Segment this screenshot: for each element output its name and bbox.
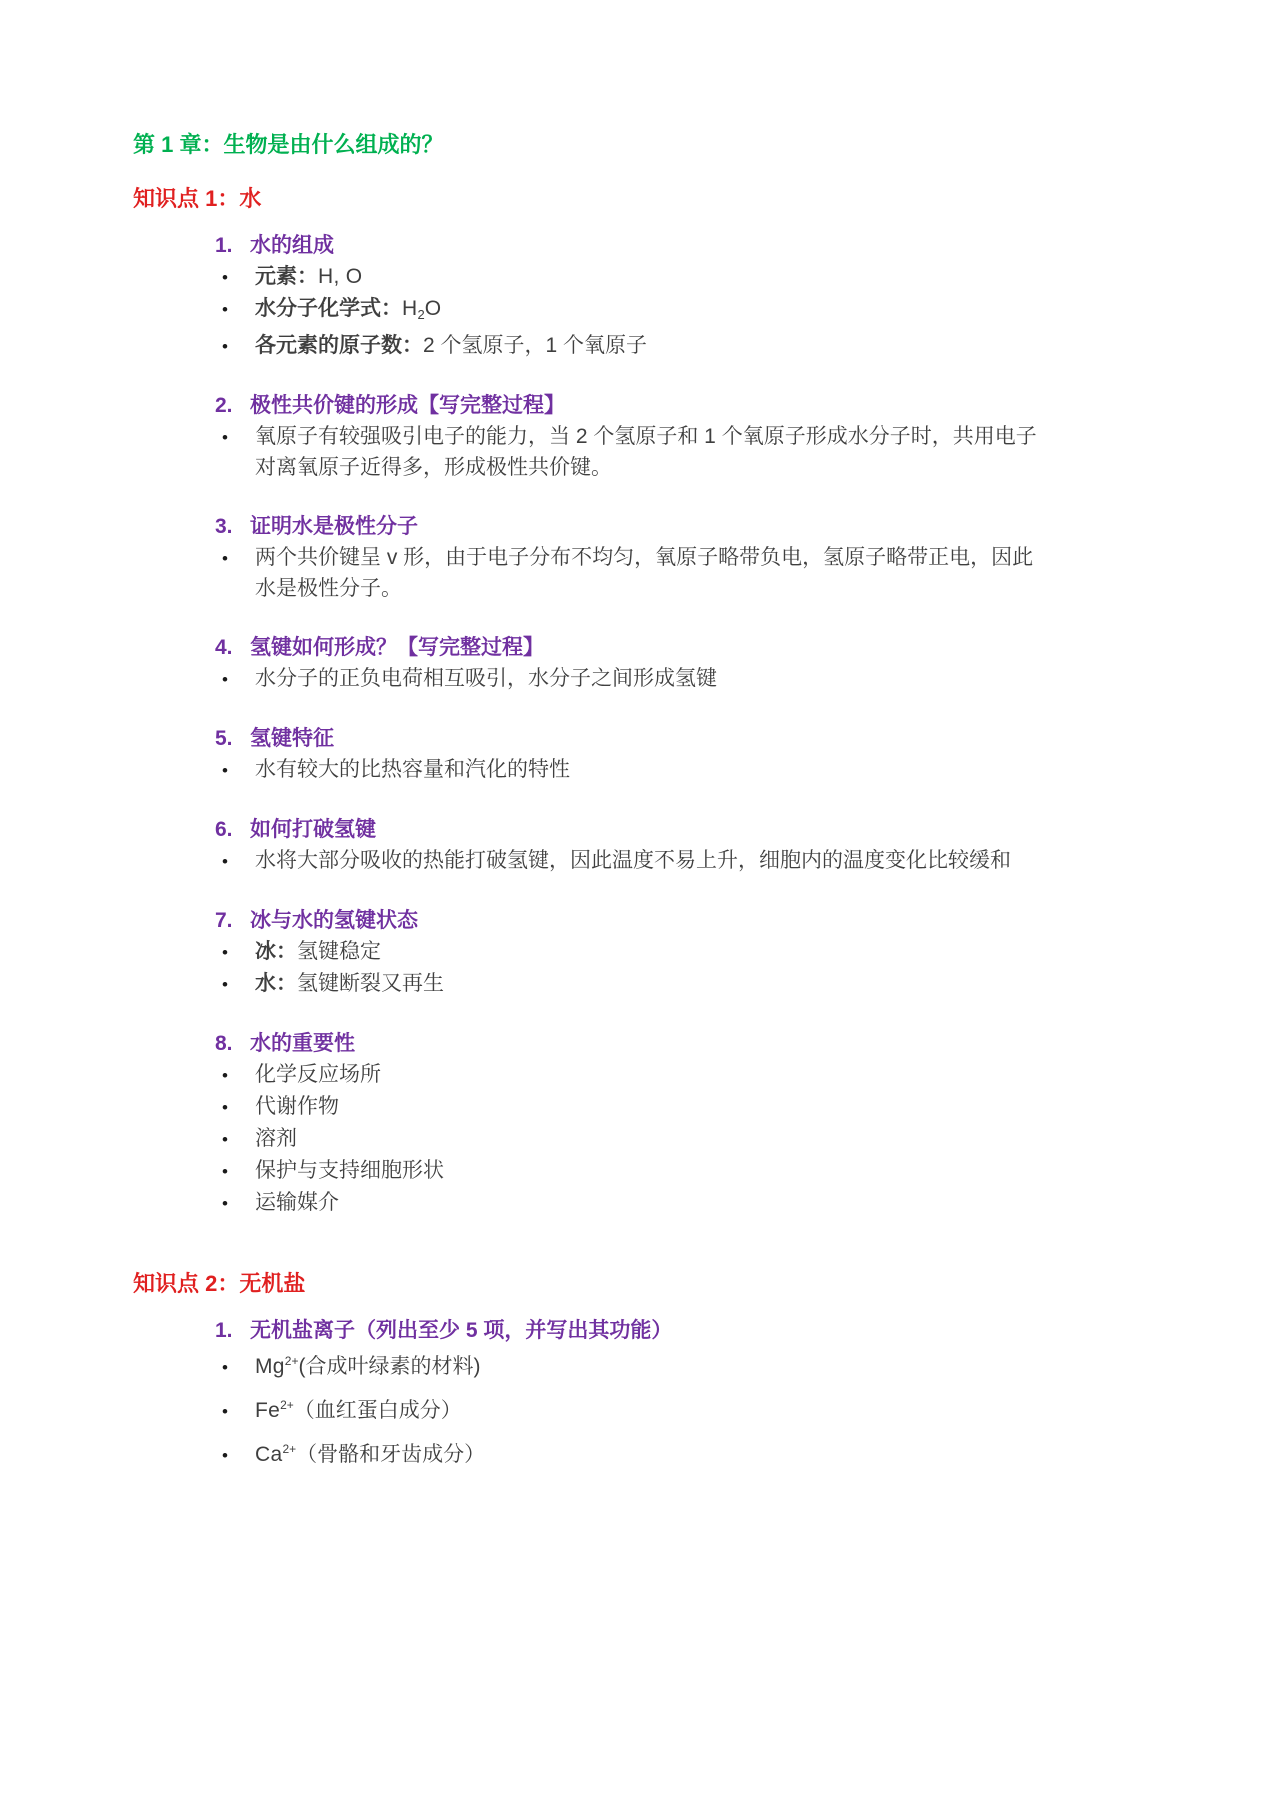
bullet-label: 冰：: [255, 940, 297, 963]
bullet-marker: •: [222, 294, 255, 325]
bullet-reaction-site: • 化学反应场所: [222, 1059, 1143, 1091]
bullet-breaking-bonds-explanation: • 水将大部分吸收的热能打破氢键，因此温度不易上升，细胞内的温度变化比较缓和: [222, 845, 1143, 877]
section-title-breaking-hydrogen-bonds: 6. 如何打破氢键: [215, 814, 1143, 845]
section-number: 1.: [215, 230, 250, 261]
section-title-text: 冰与水的氢键状态: [250, 905, 418, 936]
section-title-text: 如何打破氢键: [250, 814, 376, 845]
section-title-text: 极性共价键的形成【写完整过程】: [250, 390, 565, 421]
bullet-text: 化学反应场所: [255, 1059, 381, 1090]
formula-h: H: [402, 297, 417, 320]
bullet-text: 2 个氢原子，1 个氧原子: [423, 334, 647, 357]
bullet-marker: •: [222, 664, 255, 695]
topic2-heading: 知识点 2：无机盐: [133, 1269, 1143, 1299]
section-number: 6.: [215, 814, 250, 845]
bullet-water-state: • 水：氢键断裂又再生: [222, 968, 1143, 1000]
bullet-magnesium-ion: • Mg2+(合成叶绿素的材料): [222, 1346, 1143, 1383]
bullet-text: 溶剂: [255, 1123, 297, 1154]
section-title-text: 水的重要性: [250, 1028, 355, 1059]
bullet-marker: •: [222, 1060, 255, 1091]
section-title-text: 氢键如何形成？【写完整过程】: [250, 632, 544, 663]
bullet-text: 代谢作物: [255, 1091, 339, 1122]
bullet-marker: •: [222, 331, 255, 362]
bullet-marker: •: [222, 1092, 255, 1123]
bullet-marker: •: [222, 1156, 255, 1187]
bullet-label: 水分子化学式：: [255, 297, 402, 320]
bullet-text: 氧原子有较强吸引电子的能力，当 2 个氢原子和 1 个氧原子形成水分子时，共用电…: [255, 421, 1050, 483]
section-title-text: 水的组成: [250, 230, 334, 261]
bullet-transport-medium: • 运输媒介: [222, 1187, 1143, 1219]
bullet-marker: •: [222, 969, 255, 1000]
bullet-marker: •: [222, 1124, 255, 1155]
section-title-polar-covalent-bond: 2. 极性共价键的形成【写完整过程】: [215, 390, 1143, 421]
section-title-water-composition: 1. 水的组成: [215, 230, 1143, 261]
bullet-elements: • 元素：H, O: [222, 261, 1143, 293]
ion-charge: 2+: [285, 1354, 299, 1368]
bullet-marker: •: [222, 262, 255, 293]
section-number: 7.: [215, 905, 250, 936]
bullet-text: 运输媒介: [255, 1187, 339, 1218]
section-number: 2.: [215, 390, 250, 421]
section-title-ice-water-bond-state: 7. 冰与水的氢键状态: [215, 905, 1143, 936]
bullet-marker: •: [222, 543, 255, 574]
bullet-solvent: • 溶剂: [222, 1123, 1143, 1155]
bullet-hydrogen-bond-traits: • 水有较大的比热容量和汽化的特性: [222, 754, 1143, 786]
bullet-hydrogen-bond-explanation: • 水分子的正负电荷相互吸引，水分子之间形成氢键: [222, 663, 1143, 695]
ion-charge: 2+: [280, 1398, 294, 1412]
bullet-marker: •: [222, 1396, 255, 1427]
ion-symbol: Mg: [255, 1355, 285, 1378]
bullet-marker: •: [222, 1188, 255, 1219]
document-page: 第 1 章：生物是由什么组成的？ 知识点 1：水 1. 水的组成 • 元素：H,…: [0, 0, 1273, 1471]
section-title-text: 无机盐离子（列出至少 5 项，并写出其功能）: [250, 1315, 672, 1346]
bullet-text: 氢键断裂又再生: [297, 972, 444, 995]
bullet-label: 各元素的原子数：: [255, 334, 423, 357]
section-title-inorganic-ions: 1. 无机盐离子（列出至少 5 项，并写出其功能）: [215, 1315, 1143, 1346]
section-title-text: 证明水是极性分子: [250, 511, 418, 542]
bullet-text: 水有较大的比热容量和汽化的特性: [255, 754, 570, 785]
bullet-text: H, O: [318, 265, 362, 288]
bullet-marker: •: [222, 937, 255, 968]
bullet-marker: •: [222, 846, 255, 877]
bullet-text: 水分子的正负电荷相互吸引，水分子之间形成氢键: [255, 663, 717, 694]
bullet-ice-state: • 冰：氢键稳定: [222, 936, 1143, 968]
bullet-label: 元素：: [255, 265, 318, 288]
ion-function: (合成叶绿素的材料): [298, 1355, 480, 1378]
ion-function: （骨骼和牙齿成分）: [296, 1443, 485, 1466]
section-number: 4.: [215, 632, 250, 663]
bullet-text: 保护与支持细胞形状: [255, 1155, 444, 1186]
bullet-polar-bond-explanation: • 氧原子有较强吸引电子的能力，当 2 个氢原子和 1 个氧原子形成水分子时，共…: [222, 421, 1143, 483]
bullet-text: 水将大部分吸收的热能打破氢键，因此温度不易上升，细胞内的温度变化比较缓和: [255, 845, 1011, 876]
bullet-water-formula: • 水分子化学式：H2O: [222, 293, 1143, 330]
ion-charge: 2+: [282, 1442, 296, 1456]
formula-o: O: [425, 297, 442, 320]
bullet-metabolite: • 代谢作物: [222, 1091, 1143, 1123]
ion-symbol: Fe: [255, 1399, 280, 1422]
ion-symbol: Ca: [255, 1443, 282, 1466]
bullet-marker: •: [222, 1352, 255, 1383]
bullet-marker: •: [222, 422, 255, 453]
topic1-heading: 知识点 1：水: [133, 184, 1143, 214]
bullet-marker: •: [222, 755, 255, 786]
section-title-hydrogen-bond-formation: 4. 氢键如何形成？【写完整过程】: [215, 632, 1143, 663]
bullet-text: 两个共价键呈 v 形，由于电子分布不均匀，氧原子略带负电，氢原子略带正电，因此水…: [255, 542, 1050, 604]
bullet-text: 氢键稳定: [297, 940, 381, 963]
section-number: 5.: [215, 723, 250, 754]
bullet-label: 水：: [255, 972, 297, 995]
bullet-marker: •: [222, 1440, 255, 1471]
section-title-hydrogen-bond-traits: 5. 氢键特征: [215, 723, 1143, 754]
ion-function: （血红蛋白成分）: [294, 1399, 462, 1422]
bullet-calcium-ion: • Ca2+（骨骼和牙齿成分）: [222, 1434, 1143, 1471]
section-number: 3.: [215, 511, 250, 542]
bullet-atom-counts: • 各元素的原子数：2 个氢原子，1 个氧原子: [222, 330, 1143, 362]
section-title-water-importance: 8. 水的重要性: [215, 1028, 1143, 1059]
bullet-iron-ion: • Fe2+（血红蛋白成分）: [222, 1390, 1143, 1427]
chapter-heading: 第 1 章：生物是由什么组成的？: [133, 130, 1143, 160]
section-number: 1.: [215, 1315, 250, 1346]
section-title-water-polar-molecule: 3. 证明水是极性分子: [215, 511, 1143, 542]
section-number: 8.: [215, 1028, 250, 1059]
bullet-polar-molecule-explanation: • 两个共价键呈 v 形，由于电子分布不均匀，氧原子略带负电，氢原子略带正电，因…: [222, 542, 1143, 604]
formula-subscript: 2: [417, 307, 424, 322]
bullet-cell-shape-support: • 保护与支持细胞形状: [222, 1155, 1143, 1187]
section-title-text: 氢键特征: [250, 723, 334, 754]
